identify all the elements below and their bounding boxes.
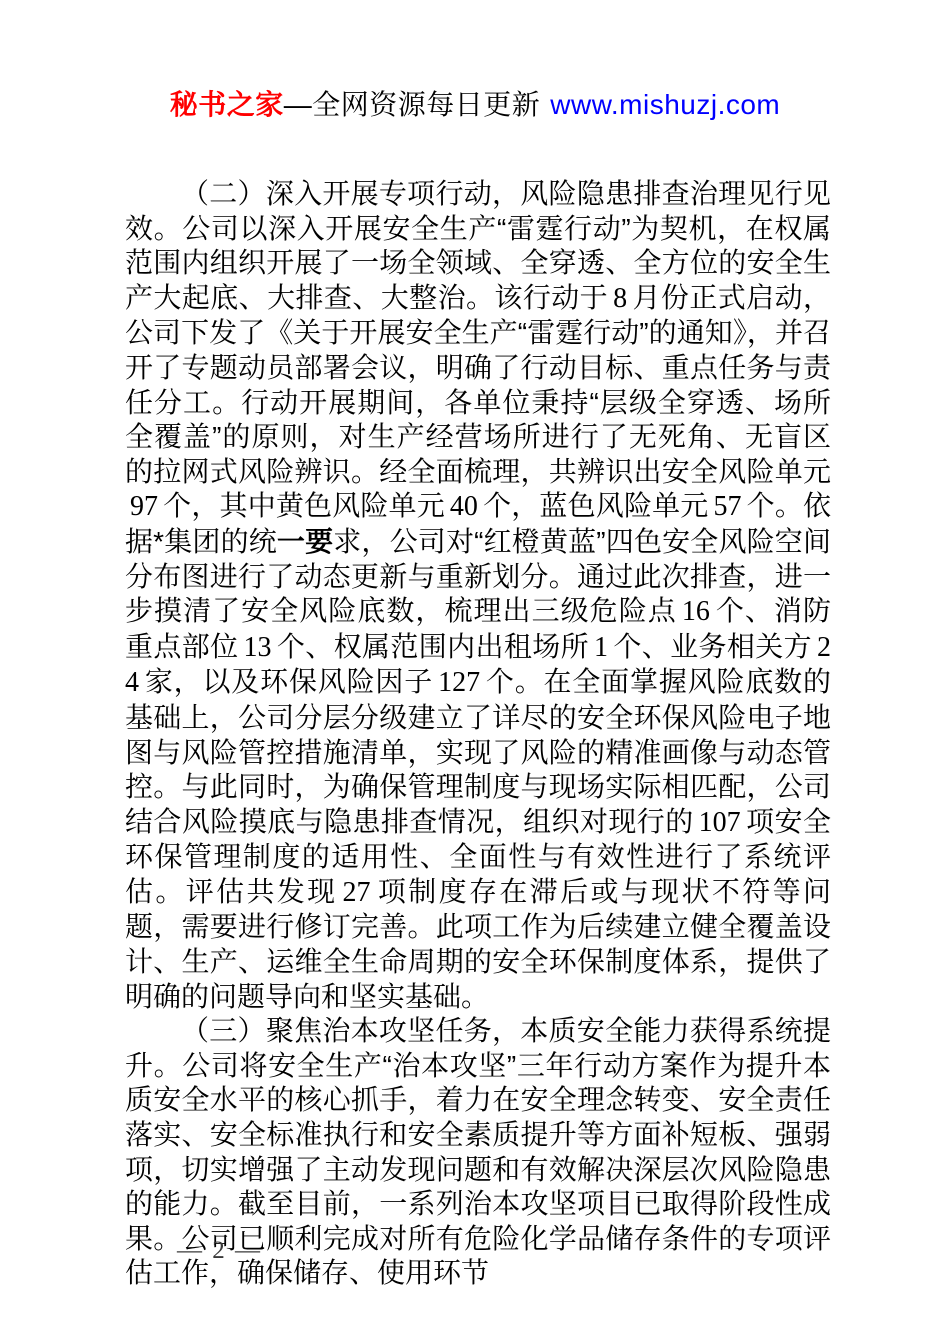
number-run: 107 [694, 807, 746, 838]
number-run: 127 [433, 667, 485, 698]
number-run: 8 [608, 283, 632, 314]
paragraph: （二）深入开展专项行动，风险隐患排查治理见行见效。公司以深入开展安全生产“雷霆行… [125, 177, 831, 1014]
number-run: 16 [677, 596, 715, 627]
document-body: （二）深入开展专项行动，风险隐患排查治理见行见效。公司以深入开展安全生产“雷霆行… [125, 177, 831, 1291]
number-run: 27 [338, 877, 376, 908]
text-run: 个、业务相关方 [613, 631, 812, 662]
number-run: 1 [589, 632, 613, 663]
number-run: 97 [125, 491, 163, 522]
text-run: 个，蓝色风险单元 [483, 490, 709, 521]
site-url[interactable]: www.mishuzj.com [550, 89, 780, 120]
page-footer: — 2 — [177, 1237, 262, 1265]
text-run: 家，以及环保风险因子 [144, 666, 433, 697]
text-run: 个，其中黄色风险单元 [163, 490, 445, 521]
site-header: 秘书之家—全网资源每日更新www.mishuzj.com [0, 83, 950, 123]
header-separator: — [284, 89, 313, 120]
number-run: 57 [708, 491, 746, 522]
number-run: 40 [445, 491, 483, 522]
bold-run: 一要 [277, 526, 333, 557]
header-tagline: 全网资源每日更新 [312, 89, 540, 120]
text-run: 个、权属范围内出租场所 [277, 631, 589, 662]
number-run: 13 [239, 632, 277, 663]
site-name: 秘书之家 [170, 89, 284, 120]
page-number: — 2 — [177, 1237, 262, 1264]
